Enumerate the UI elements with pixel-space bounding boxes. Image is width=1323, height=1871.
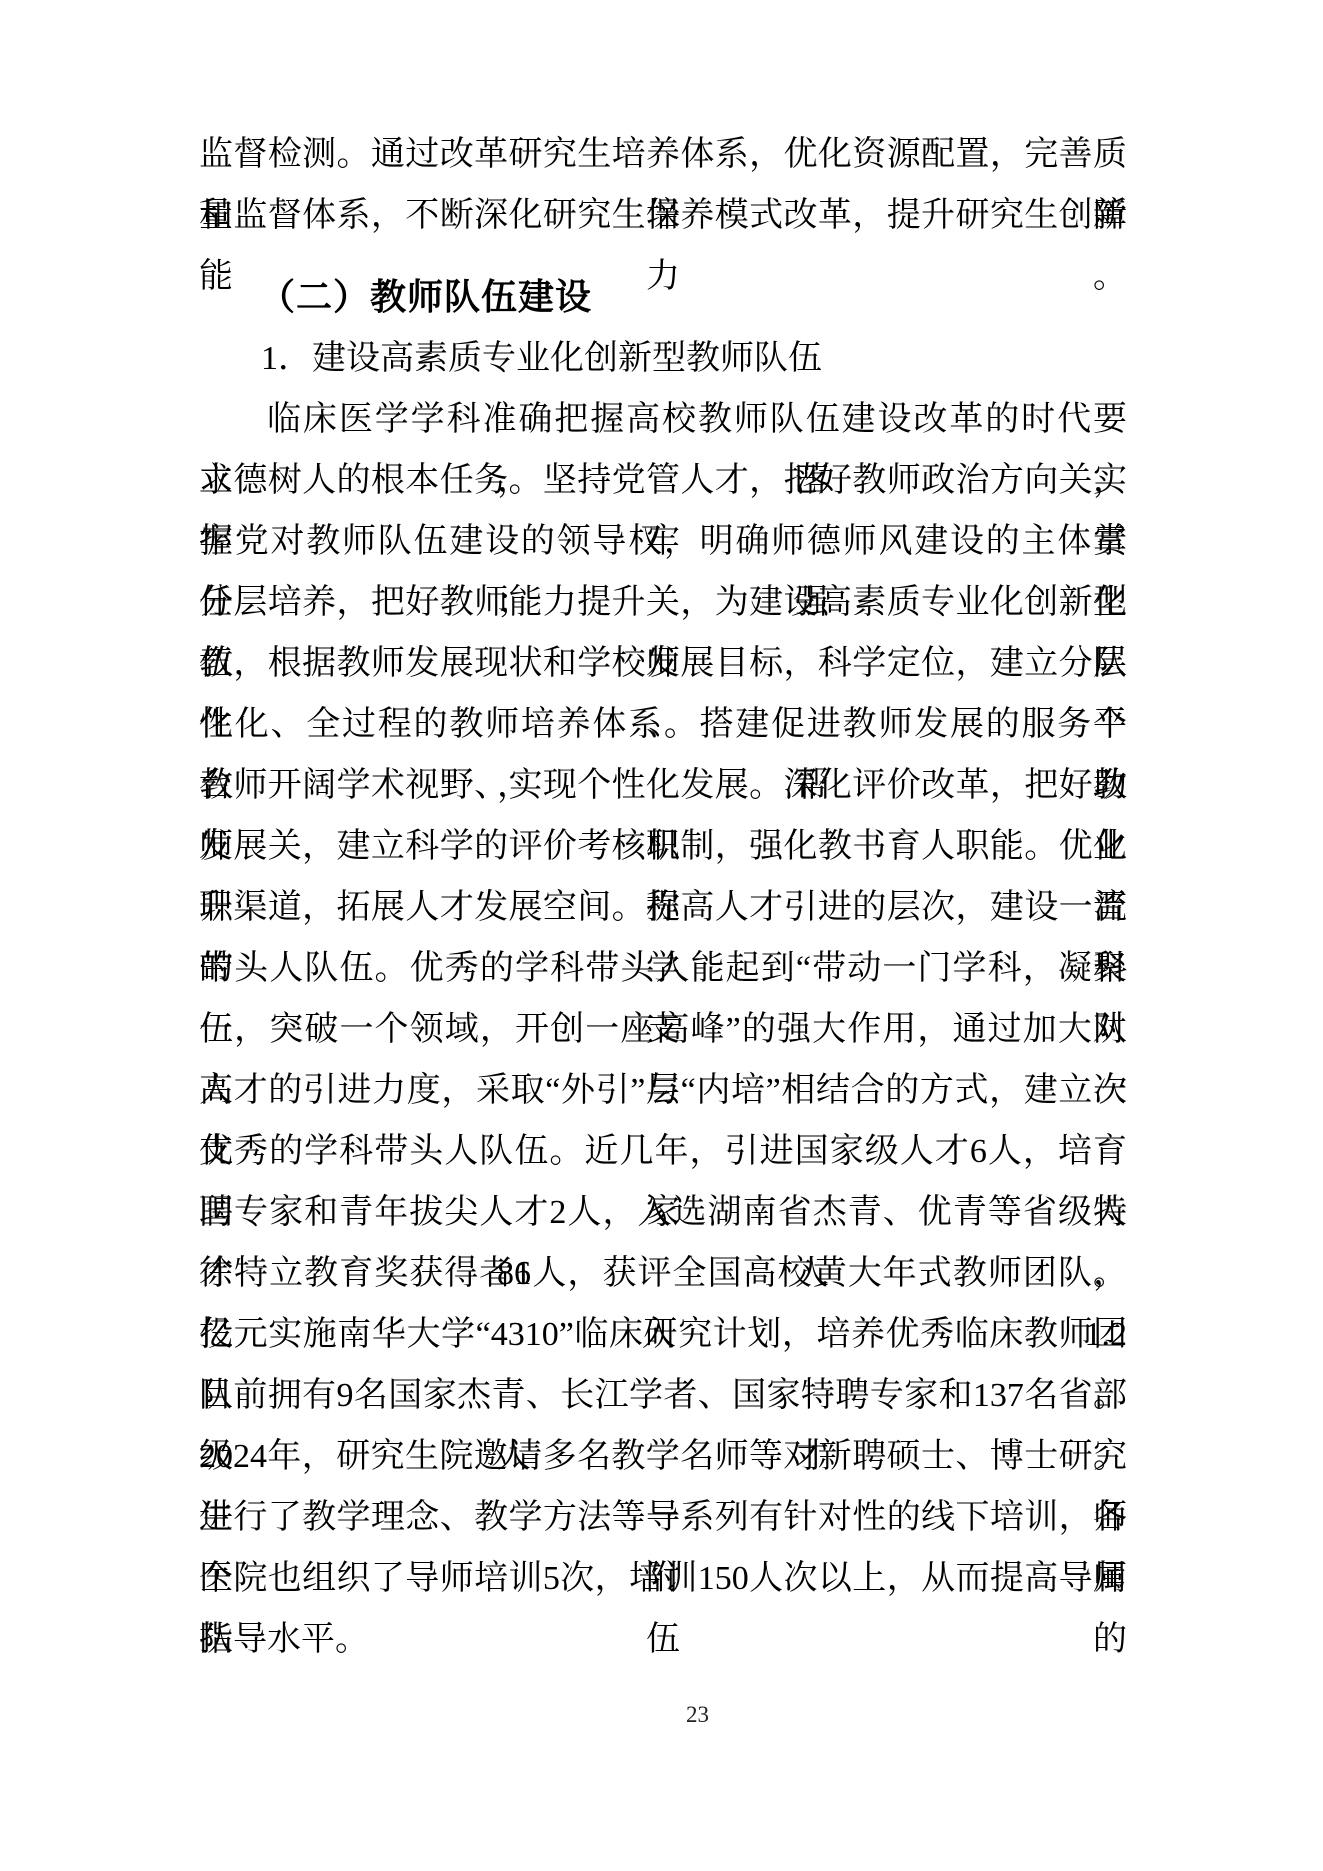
text-line: 目前拥有9名国家杰青、长江学者、国家特聘专家和137名省部级人才。 <box>199 1365 1127 1426</box>
text-line: 分层培养，把好教师能力提升关，为建设高素质专业化创新型教师队 <box>199 572 1127 633</box>
text-line: 伍，突破一个领域，开创一座高峰”的强大作用，通过加大对高层次 <box>199 999 1127 1060</box>
text-line: 握党对教师队伍建设的领导权，明确师德师风建设的主体责任；强化 <box>199 511 1127 572</box>
text-line: 徐特立教育奖获得者1人，获评全国高校黄大年式教师团队。投入1.2 <box>199 1243 1127 1304</box>
text-line: 发展关，建立科学的评价考核机制，强化教书育人职能。优化职称晋 <box>199 816 1127 877</box>
text-line: 教师开阔学术视野、实现个性化发展。深化评价改革，把好教师职业 <box>199 755 1127 816</box>
text-line: 进行了教学理念、教学方法等一系列有针对性的线下培训，各个附属 <box>199 1487 1127 1548</box>
text-line: 性化、全过程的教师培养体系。搭建促进教师发展的服务平台，帮助 <box>199 694 1127 755</box>
text-line: 人才的引进力度，采取“外引”与“内培”相结合的方式，建立一支 <box>199 1060 1127 1121</box>
text-line: 聘专家和青年拔尖人才2人，入选湖南省杰青、优青等省级人才86人， <box>199 1182 1127 1243</box>
text-line: 临床医学学科准确把握高校教师队伍建设改革的时代要求，落实 <box>199 389 1127 450</box>
text-line: 立德树人的根本任务。坚持党管人才，把好教师政治方向关，牢牢掌 <box>199 450 1127 511</box>
page-number: 23 <box>0 1702 1323 1728</box>
text-line: 优秀的学科带头人队伍。近几年，引进国家级人才6人，培育国家特 <box>199 1121 1127 1182</box>
text-line: 升渠道，拓展人才发展空间。提高人才引进的层次，建设一流的学科 <box>199 877 1127 938</box>
text-line: 亿元实施南华大学“4310”临床研究计划，培养优秀临床教师团队。 <box>199 1304 1127 1365</box>
text-line: 和监督体系，不断深化研究生培养模式改革，提升研究生创新能力。 <box>199 185 1127 246</box>
text-line: 监督检测。通过改革研究生培养体系，优化资源配置，完善质量保障 <box>199 124 1127 185</box>
text-line: 伍，根据教师发展现状和学校发展目标，科学定位，建立分层化、个 <box>199 633 1127 694</box>
text-line: 2024年，研究生院邀请多名教学名师等对新聘硕士、博士研究生导师 <box>199 1426 1127 1487</box>
text-line: 医院也组织了导师培训5次，培训150人次以上，从而提高导师队伍的 <box>199 1548 1127 1609</box>
text-line: 1．建设高素质专业化创新型教师队伍 <box>199 328 1127 389</box>
document-page: 监督检测。通过改革研究生培养体系，优化资源配置，完善质量保障和监督体系，不断深化… <box>0 0 1323 1871</box>
text-block: 监督检测。通过改革研究生培养体系，优化资源配置，完善质量保障和监督体系，不断深化… <box>199 124 1127 1670</box>
text-line: 带头人队伍。优秀的学科带头人能起到“带动一门学科，凝聚一支队 <box>199 938 1127 999</box>
